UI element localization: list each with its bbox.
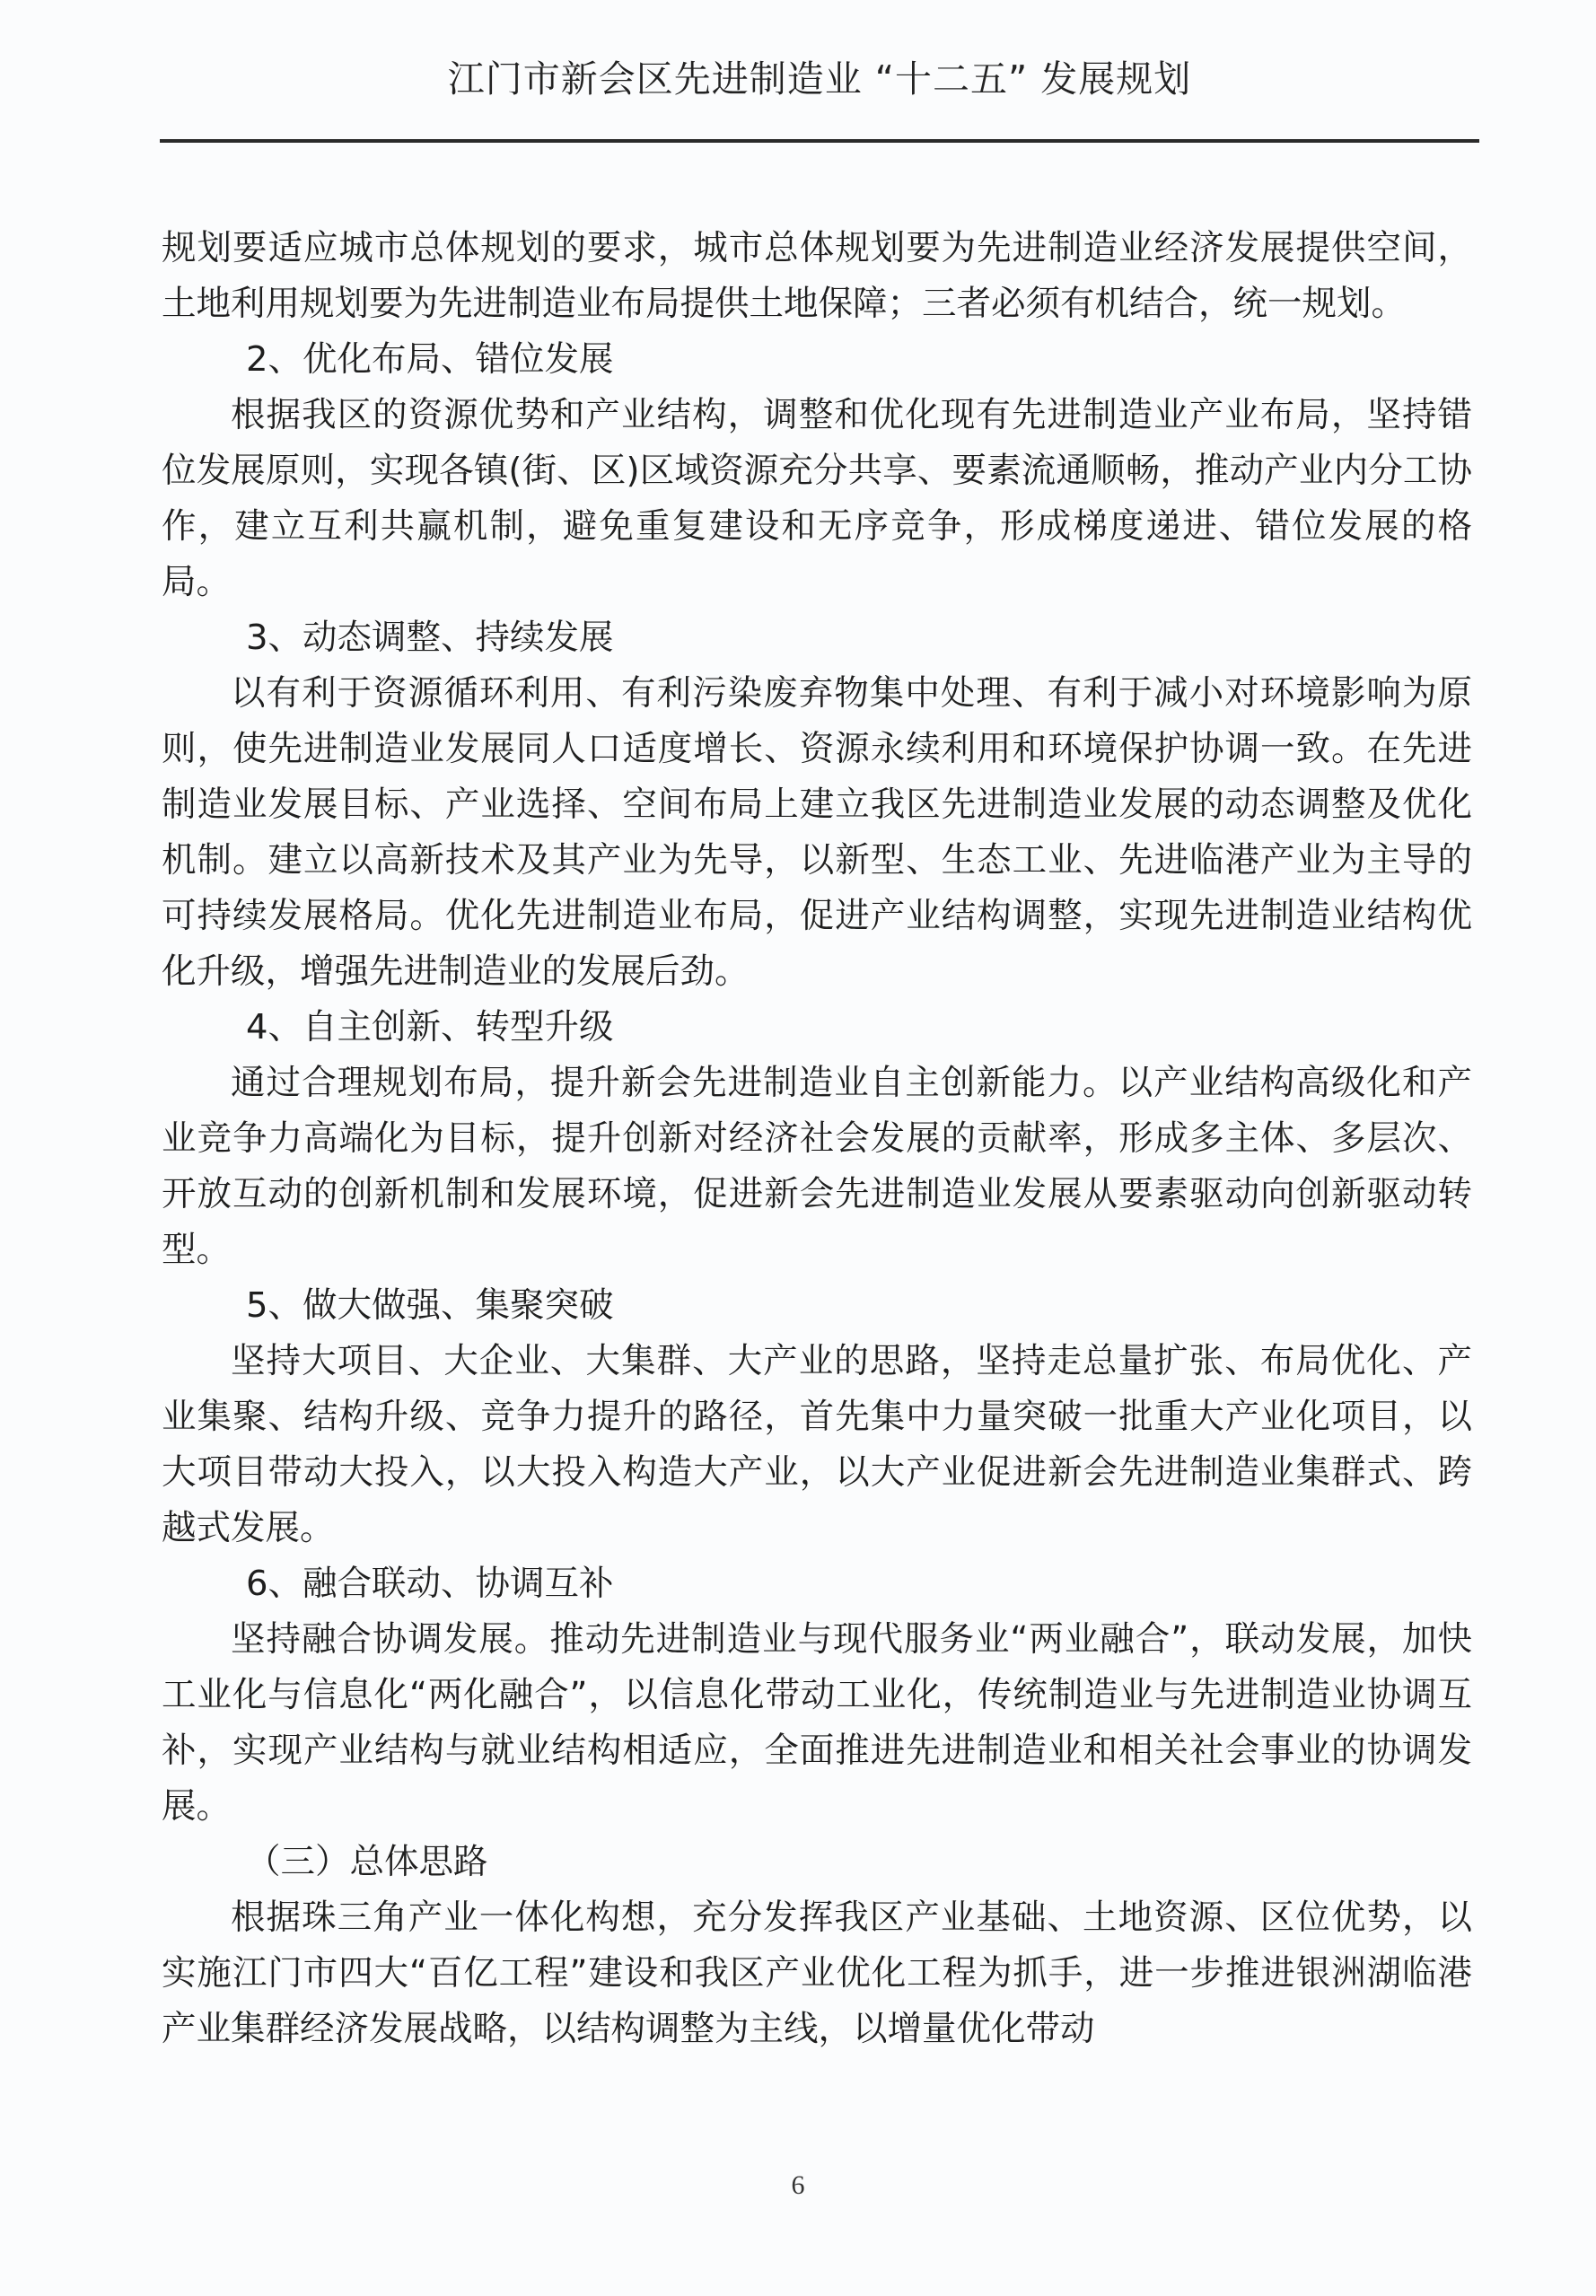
section-paragraph: 通过合理规划布局，提升新会先进制造业自主创新能力。以产业结构高级化和产业竞争力高…: [162, 1056, 1472, 1278]
section-paragraph: 坚持大项目、大企业、大集群、大产业的思路，坚持走总量扩张、布局优化、产业集聚、结…: [162, 1334, 1472, 1556]
section-heading: 4、自主创新、转型升级: [162, 1000, 1472, 1056]
header-divider: [160, 139, 1479, 143]
section-heading: 5、做大做强、集聚突破: [162, 1278, 1472, 1334]
section-heading: 3、动态调整、持续发展: [162, 610, 1472, 666]
section-heading: 6、融合联动、协调互补: [162, 1556, 1472, 1612]
section-paragraph: 根据我区的资源优势和产业结构，调整和优化现有先进制造业产业布局，坚持错位发展原则…: [162, 388, 1472, 610]
page-number: 6: [0, 2170, 1596, 2201]
running-header-title: 江门市新会区先进制造业 “十二五” 发展规划: [160, 52, 1479, 106]
section-paragraph: 以有利于资源循环利用、有利污染废弃物集中处理、有利于减小对环境影响为原则，使先进…: [162, 666, 1472, 1000]
document-body: 规划要适应城市总体规划的要求，城市总体规划要为先进制造业经济发展提供空间，土地利…: [162, 221, 1472, 2057]
intro-paragraph: 规划要适应城市总体规划的要求，城市总体规划要为先进制造业经济发展提供空间，土地利…: [162, 221, 1472, 332]
document-page: 江门市新会区先进制造业 “十二五” 发展规划 规划要适应城市总体规划的要求，城市…: [0, 0, 1596, 2296]
section-paragraph: 坚持融合协调发展。推动先进制造业与现代服务业“两业融合”，联动发展，加快工业化与…: [162, 1612, 1472, 1835]
section-heading: （三）总体思路: [162, 1835, 1472, 1890]
section-heading: 2、优化布局、错位发展: [162, 332, 1472, 388]
section-paragraph: 根据珠三角产业一体化构想，充分发挥我区产业基础、土地资源、区位优势，以实施江门市…: [162, 1890, 1472, 2057]
